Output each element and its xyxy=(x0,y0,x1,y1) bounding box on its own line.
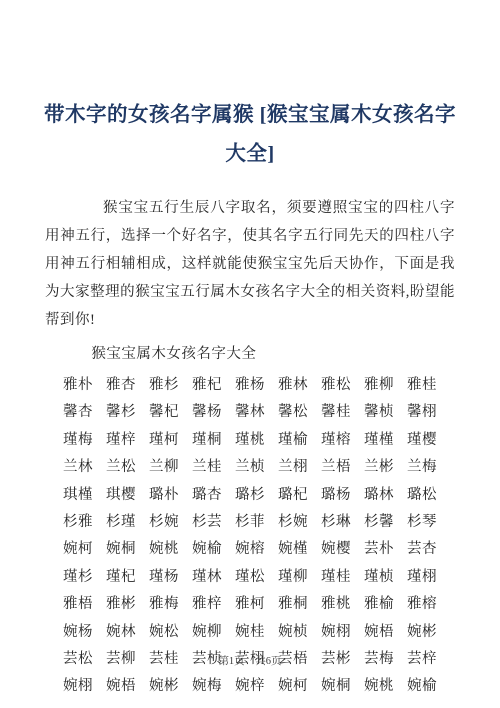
name-item: 瑾柳 xyxy=(278,565,308,586)
name-item: 璐林 xyxy=(364,483,394,504)
name-row: 瑾杉瑾杞瑾杨瑾林瑾松瑾柳瑾桂瑾桢瑾栩 xyxy=(0,562,500,589)
name-item: 瑾林 xyxy=(192,565,222,586)
name-item: 瑾杉 xyxy=(63,565,93,586)
name-item: 馨杏 xyxy=(63,400,93,421)
name-item: 杉菲 xyxy=(235,510,265,531)
name-item: 瑾桂 xyxy=(321,565,351,586)
name-item: 婉彬 xyxy=(407,620,437,641)
name-item: 雅梧 xyxy=(63,592,93,613)
name-item: 兰梅 xyxy=(407,455,437,476)
name-item: 雅杉 xyxy=(149,373,179,394)
name-item: 雅杏 xyxy=(106,373,136,394)
name-item: 瑾杞 xyxy=(106,565,136,586)
name-item: 馨杨 xyxy=(192,400,222,421)
name-item: 婉榕 xyxy=(235,537,265,558)
name-item: 雅松 xyxy=(321,373,351,394)
name-item: 琪槿 xyxy=(63,483,93,504)
name-item: 兰林 xyxy=(63,455,93,476)
name-item: 瑾杨 xyxy=(149,565,179,586)
name-row: 馨杏馨杉馨杞馨杨馨林馨松馨桂馨桢馨栩 xyxy=(0,397,500,424)
name-item: 芸朴 xyxy=(364,537,394,558)
name-row: 婉栩婉梧婉彬婉梅婉梓婉柯婉桐婉桃婉榆 xyxy=(0,671,500,698)
name-item: 兰柳 xyxy=(149,455,179,476)
name-item: 杉雅 xyxy=(63,510,93,531)
name-item: 杉婉 xyxy=(278,510,308,531)
name-item: 雅桐 xyxy=(278,592,308,613)
name-item: 瑾松 xyxy=(235,565,265,586)
name-item: 雅梓 xyxy=(192,592,222,613)
document-page: 带木字的女孩名字属猴 [猴宝宝属木女孩名字大全] 猴宝宝五行生辰八字取名，须要遵… xyxy=(0,0,500,708)
name-grid: 雅朴雅杏雅杉雅杞雅杨雅林雅松雅柳雅桂馨杏馨杉馨杞馨杨馨林馨松馨桂馨桢馨栩瑾梅瑾梓… xyxy=(0,370,500,699)
name-row: 瑾梅瑾梓瑾柯瑾桐瑾桃瑾榆瑾榕瑾槿瑾樱 xyxy=(0,425,500,452)
name-item: 婉梧 xyxy=(364,620,394,641)
name-item: 雅柯 xyxy=(235,592,265,613)
name-item: 杉琴 xyxy=(407,510,437,531)
name-item: 瑾桃 xyxy=(235,428,265,449)
total-pages-label: 共6页 xyxy=(255,656,281,667)
name-item: 婉桃 xyxy=(149,537,179,558)
name-item: 瑾梅 xyxy=(63,428,93,449)
name-item: 婉榆 xyxy=(192,537,222,558)
name-item: 瑾栩 xyxy=(407,565,437,586)
name-item: 杉馨 xyxy=(364,510,394,531)
intro-paragraph: 猴宝宝五行生辰八字取名，须要遵照宝宝的四柱八字用神五行，选择一个好名字，使其名字… xyxy=(45,194,455,334)
name-item: 雅朴 xyxy=(63,373,93,394)
name-item: 婉柯 xyxy=(278,674,308,695)
name-item: 璐朴 xyxy=(149,483,179,504)
name-item: 馨林 xyxy=(235,400,265,421)
name-item: 婉杨 xyxy=(63,620,93,641)
name-item: 瑾柯 xyxy=(149,428,179,449)
name-item: 兰栩 xyxy=(278,455,308,476)
name-item: 馨桂 xyxy=(321,400,351,421)
name-row: 琪槿琪樱璐朴璐杏璐杉璐杞璐杨璐林璐松 xyxy=(0,479,500,506)
name-item: 杉婉 xyxy=(149,510,179,531)
name-item: 婉槿 xyxy=(278,537,308,558)
name-item: 婉桐 xyxy=(106,537,136,558)
name-item: 瑾桢 xyxy=(364,565,394,586)
name-item: 馨桢 xyxy=(364,400,394,421)
name-item: 雅榕 xyxy=(407,592,437,613)
name-item: 瑾榕 xyxy=(321,428,351,449)
name-item: 兰桢 xyxy=(235,455,265,476)
name-item: 雅杨 xyxy=(235,373,265,394)
name-item: 雅杞 xyxy=(192,373,222,394)
name-item: 杉瑾 xyxy=(106,510,136,531)
name-item: 婉桐 xyxy=(321,674,351,695)
name-item: 璐杨 xyxy=(321,483,351,504)
name-item: 婉松 xyxy=(149,620,179,641)
name-item: 瑾榆 xyxy=(278,428,308,449)
name-item: 雅柳 xyxy=(364,373,394,394)
name-item: 婉梅 xyxy=(192,674,222,695)
name-item: 婉桃 xyxy=(364,674,394,695)
name-item: 杉芸 xyxy=(192,510,222,531)
name-item: 雅彬 xyxy=(106,592,136,613)
name-item: 馨杉 xyxy=(106,400,136,421)
name-item: 兰松 xyxy=(106,455,136,476)
name-item: 婉桢 xyxy=(278,620,308,641)
name-item: 杉琳 xyxy=(321,510,351,531)
current-page-label: 第1页 xyxy=(218,656,244,667)
name-item: 婉桂 xyxy=(235,620,265,641)
name-item: 芸杏 xyxy=(407,537,437,558)
name-row: 兰林兰松兰柳兰桂兰桢兰栩兰梧兰彬兰梅 xyxy=(0,452,500,479)
name-item: 婉梧 xyxy=(106,674,136,695)
name-item: 兰梧 xyxy=(321,455,351,476)
name-item: 馨杞 xyxy=(149,400,179,421)
name-item: 雅桃 xyxy=(321,592,351,613)
name-item: 瑾槿 xyxy=(364,428,394,449)
page-footer: 第1页 共6页 xyxy=(0,653,500,668)
name-row: 雅梧雅彬雅梅雅梓雅柯雅桐雅桃雅榆雅榕 xyxy=(0,589,500,616)
name-item: 瑾樱 xyxy=(407,428,437,449)
name-row: 雅朴雅杏雅杉雅杞雅杨雅林雅松雅柳雅桂 xyxy=(0,370,500,397)
name-item: 馨栩 xyxy=(407,400,437,421)
name-row: 杉雅杉瑾杉婉杉芸杉菲杉婉杉琳杉馨杉琴 xyxy=(0,507,500,534)
name-item: 璐杞 xyxy=(278,483,308,504)
name-item: 婉樱 xyxy=(321,537,351,558)
name-item: 琪樱 xyxy=(106,483,136,504)
name-item: 雅林 xyxy=(278,373,308,394)
page-title: 带木字的女孩名字属猴 [猴宝宝属木女孩名字大全] xyxy=(42,96,458,174)
name-item: 瑾梓 xyxy=(106,428,136,449)
name-item: 雅桂 xyxy=(407,373,437,394)
name-item: 雅榆 xyxy=(364,592,394,613)
name-item: 婉栩 xyxy=(63,674,93,695)
name-item: 璐杏 xyxy=(192,483,222,504)
name-item: 璐杉 xyxy=(235,483,265,504)
name-item: 馨松 xyxy=(278,400,308,421)
name-item: 兰彬 xyxy=(364,455,394,476)
name-item: 瑾桐 xyxy=(192,428,222,449)
name-item: 婉彬 xyxy=(149,674,179,695)
name-item: 兰桂 xyxy=(192,455,222,476)
name-item: 璐松 xyxy=(407,483,437,504)
name-row: 婉柯婉桐婉桃婉榆婉榕婉槿婉樱芸朴芸杏 xyxy=(0,534,500,561)
section-heading: 猴宝宝属木女孩名字大全 xyxy=(45,341,455,368)
name-item: 婉梓 xyxy=(235,674,265,695)
name-item: 婉榆 xyxy=(407,674,437,695)
name-item: 婉柳 xyxy=(192,620,222,641)
name-item: 婉林 xyxy=(106,620,136,641)
name-item: 婉栩 xyxy=(321,620,351,641)
name-item: 婉柯 xyxy=(63,537,93,558)
name-item: 雅梅 xyxy=(149,592,179,613)
name-row: 婉杨婉林婉松婉柳婉桂婉桢婉栩婉梧婉彬 xyxy=(0,616,500,643)
